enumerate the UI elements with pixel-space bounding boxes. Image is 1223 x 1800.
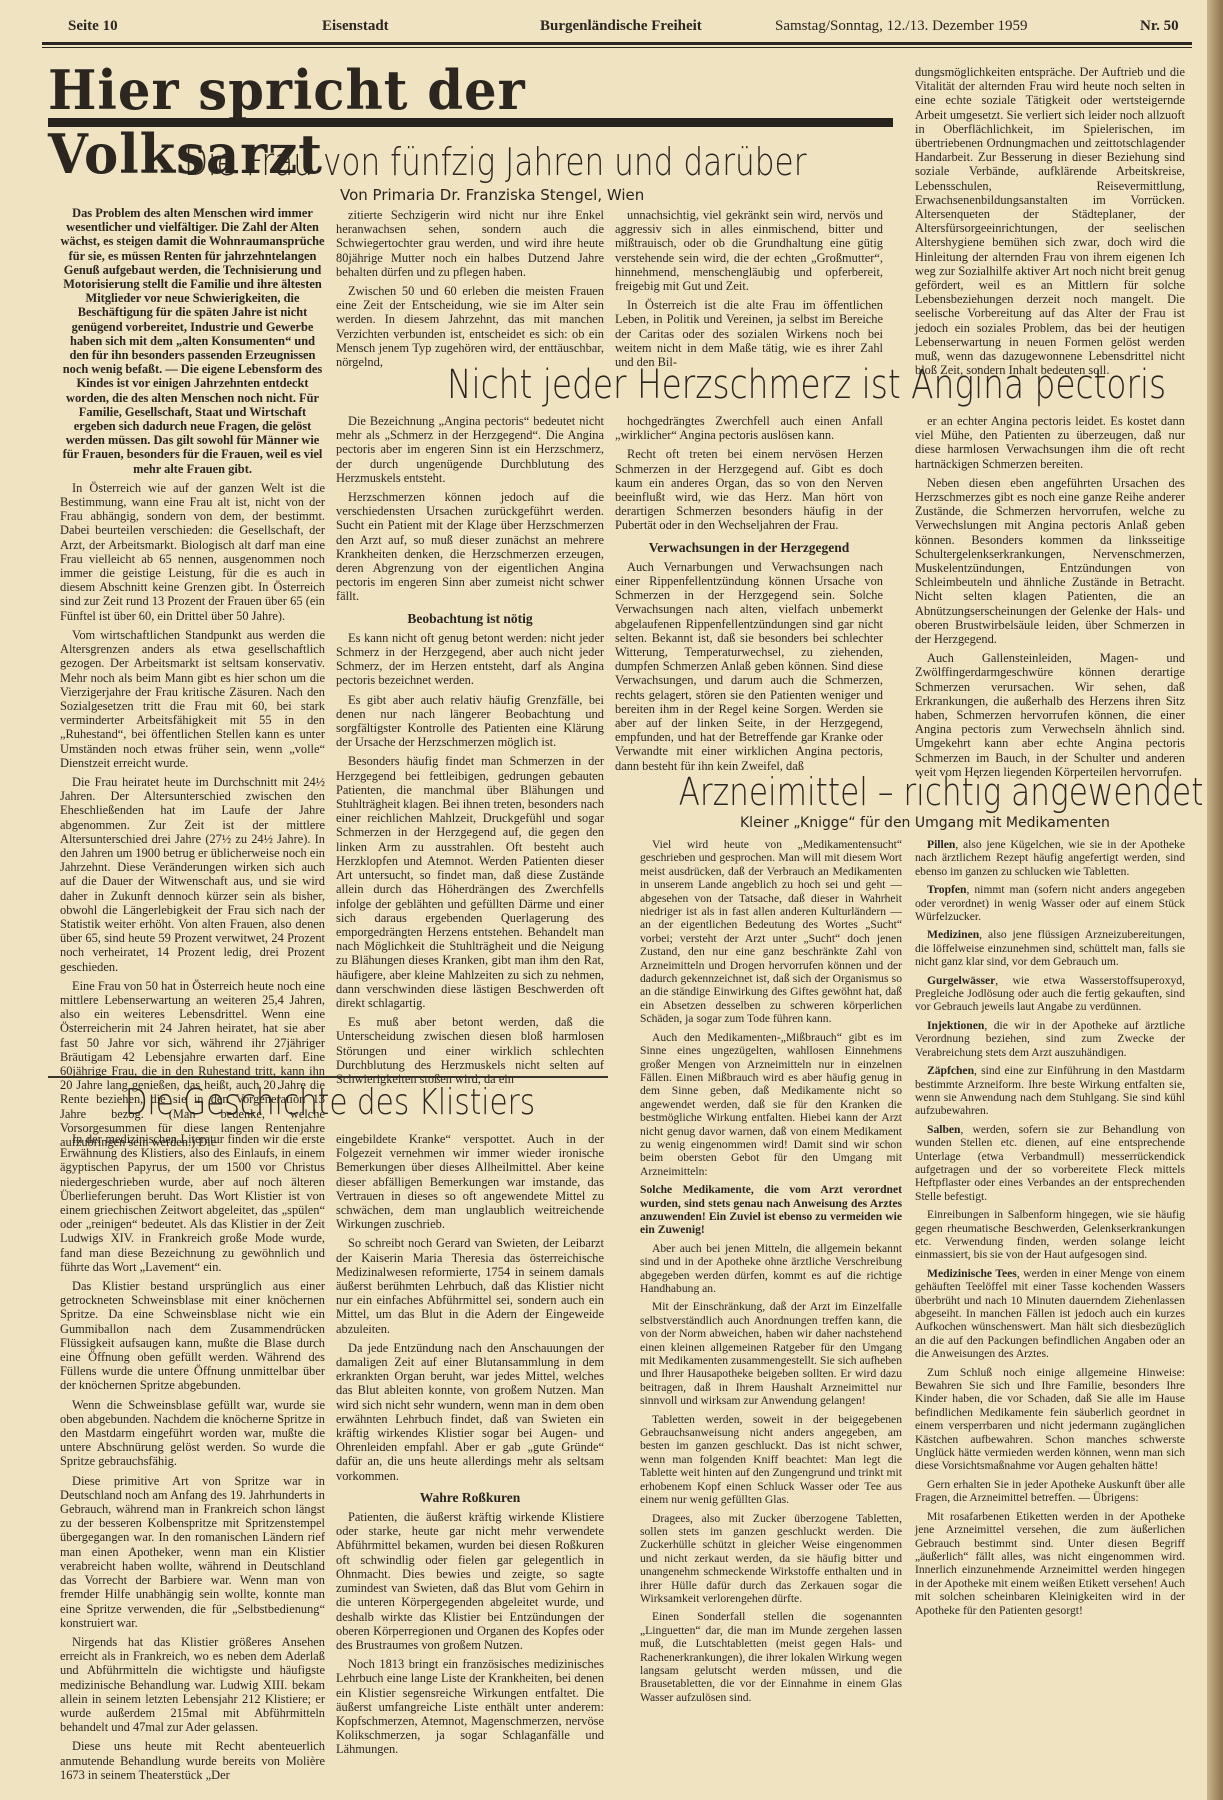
paper-name: Burgenländische Freiheit bbox=[540, 18, 702, 35]
article-column: Die Bezeichnung „Angina pectoris“ bedeut… bbox=[336, 414, 604, 1091]
header-rule-thin bbox=[42, 47, 1192, 48]
paragraph: Medizinen, also jene flüssigen Arzneizub… bbox=[915, 928, 1185, 968]
page-header: Seite 10 Eisenstadt Burgenländische Frei… bbox=[60, 18, 1180, 44]
paragraph: Medizinische Tees, werden in einer Menge… bbox=[915, 1267, 1185, 1361]
article-column: dungsmöglichkeiten entspräche. Der Auftr… bbox=[915, 65, 1185, 382]
article-title: Die Frau von fünfzig Jahren und darüber bbox=[184, 140, 676, 184]
article-column: er an echter Angina pectoris leidet. Es … bbox=[915, 414, 1185, 784]
city: Eisenstadt bbox=[322, 18, 389, 35]
article-column: In der medizinischen Literatur finden wi… bbox=[60, 1132, 325, 1787]
masthead-bar bbox=[48, 118, 893, 127]
header-rule bbox=[42, 42, 1192, 45]
subtitle: Kleiner „Knigge“ für den Umgang mit Medi… bbox=[740, 815, 1110, 831]
paragraph: Mit rosafarbenen Etiketten werden in der… bbox=[915, 1510, 1185, 1617]
paragraph: Injektionen, die wir in der Apotheke auf… bbox=[915, 1019, 1185, 1059]
article-title: Arzneimittel – richtig angewendet bbox=[679, 770, 1122, 814]
section-divider bbox=[48, 1076, 608, 1078]
article-column: Das Problem des alten Menschen wird imme… bbox=[60, 206, 325, 1154]
article-column: eingebildete Kranke“ verspottet. Auch in… bbox=[336, 1132, 604, 1762]
article-title: Die Geschichte des Klistiers bbox=[100, 1082, 559, 1123]
paragraph: Gurgelwässer, wie etwa Wasserstoffsupero… bbox=[915, 974, 1185, 1014]
article-column: Viel wird heute von „Medikamentensucht“ … bbox=[640, 838, 902, 1709]
issue-number: Nr. 50 bbox=[1140, 18, 1179, 35]
page-edge bbox=[1207, 0, 1223, 1800]
article-column: zitierte Sechzigerin wird nicht nur ihre… bbox=[336, 208, 604, 374]
paragraph: Zäpfchen, sind eine zur Einführung in de… bbox=[915, 1064, 1185, 1118]
page-number: Seite 10 bbox=[68, 18, 118, 35]
article-title: Nicht jeder Herzschmerz ist Angina pecto… bbox=[447, 362, 1103, 408]
paragraph: Zum Schluß noch einige allgemeine Hinwei… bbox=[915, 1366, 1185, 1473]
paragraph: Pillen, also jene Kügelchen, wie sie in … bbox=[915, 838, 1185, 878]
article-column: unnachsichtig, viel gekränkt sein wird, … bbox=[615, 208, 883, 374]
paragraph: Gern erhalten Sie in jeder Apotheke Ausk… bbox=[915, 1478, 1185, 1505]
article-column: Pillen, also jene Kügelchen, wie sie in … bbox=[915, 838, 1185, 1622]
paragraph: Einreibungen in Salbenform hingegen, wie… bbox=[915, 1208, 1185, 1262]
issue-date: Samstag/Sonntag, 12./13. Dezember 1959 bbox=[775, 18, 1027, 35]
article-column: hochgedrängtes Zwerchfell auch einen Anf… bbox=[615, 414, 883, 778]
byline: Von Primaria Dr. Franziska Stengel, Wien bbox=[340, 186, 644, 204]
paragraph: Salben, werden, sofern sie zur Behandlun… bbox=[915, 1123, 1185, 1203]
paragraph: Tropfen, nimmt man (sofern nicht anders … bbox=[915, 883, 1185, 923]
